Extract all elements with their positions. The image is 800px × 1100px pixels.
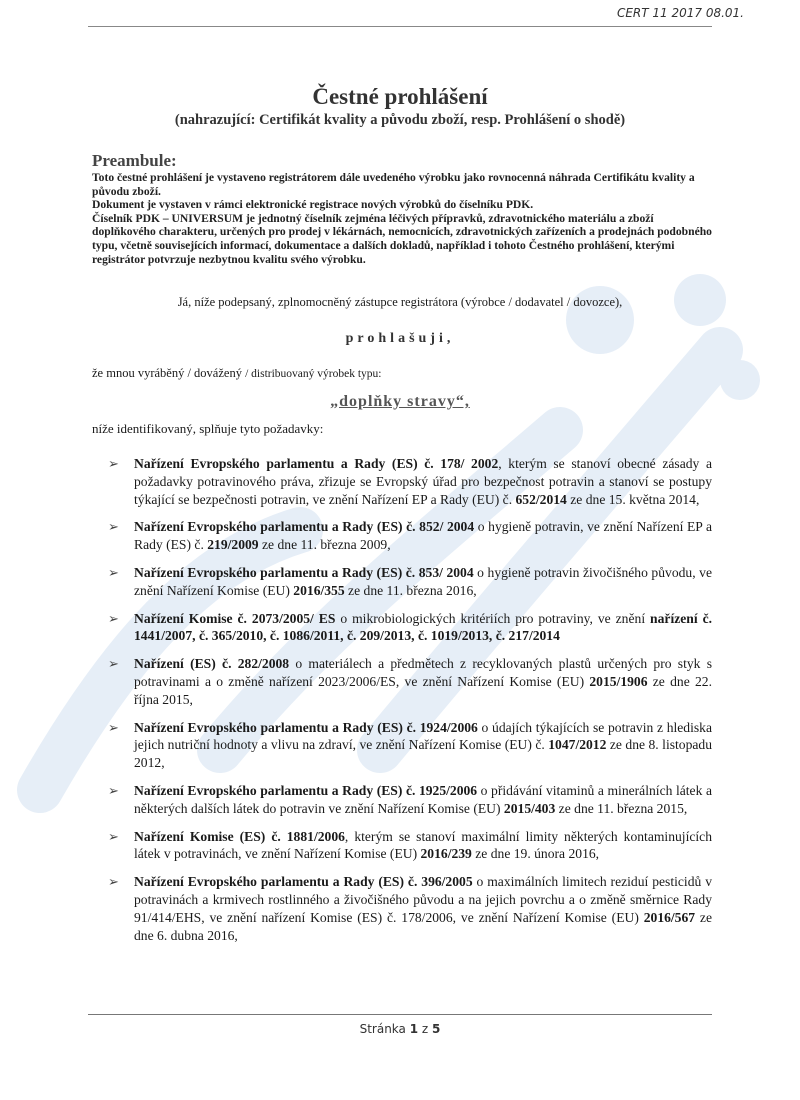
regulation-reference: 2016/355 <box>293 583 344 598</box>
regulation-reference: 652/2014 <box>516 492 567 507</box>
header-divider <box>88 26 712 27</box>
requirement-text: ze dne 19. února 2016, <box>472 846 599 861</box>
arrow-bullet-icon: ➢ <box>108 610 119 628</box>
requirement-item: ➢Nařízení Komise (ES) č. 1881/2006, kter… <box>108 828 712 864</box>
regulation-reference: Nařízení Komise č. 2073/2005/ ES <box>134 611 335 626</box>
arrow-bullet-icon: ➢ <box>108 518 119 536</box>
arrow-bullet-icon: ➢ <box>108 719 119 737</box>
regulation-reference: 2015/1906 <box>589 674 647 689</box>
document-code: CERT 11 2017 08.01. <box>617 6 744 20</box>
regulation-reference: Nařízení Evropského parlamentu a Rady (E… <box>134 720 478 735</box>
regulation-reference: Nařízení Evropského parlamentu a Rady (E… <box>134 456 498 471</box>
product-type: „doplňky stravy“, <box>0 393 800 411</box>
page-label: Stránka <box>360 1022 406 1036</box>
requirements-list: ➢Nařízení Evropského parlamentu a Rady (… <box>108 455 712 954</box>
regulation-reference: Nařízení Evropského parlamentu a Rady (E… <box>134 565 474 580</box>
regulation-reference: Nařízení Komise (ES) č. 1881/2006 <box>134 829 345 844</box>
product-intro-main: že mnou vyráběný / dovážený <box>92 366 245 380</box>
regulation-reference: Nařízení Evropského parlamentu a Rady (E… <box>134 783 477 798</box>
arrow-bullet-icon: ➢ <box>108 873 119 891</box>
requirement-item: ➢Nařízení Evropského parlamentu a Rady (… <box>108 564 712 600</box>
requirement-item: ➢Nařízení Evropského parlamentu a Rady (… <box>108 719 712 772</box>
declarant-statement: Já, níže podepsaný, zplnomocněný zástupc… <box>0 295 800 310</box>
requirement-text: o mikrobiologických kritériích pro potra… <box>335 611 650 626</box>
requirement-item: ➢Nařízení (ES) č. 282/2008 o materiálech… <box>108 655 712 708</box>
page-number: Stránka 1 z 5 <box>0 1022 800 1036</box>
regulation-reference: 2016/239 <box>421 846 472 861</box>
requirement-item: ➢Nařízení Evropského parlamentu a Rady (… <box>108 455 712 508</box>
product-intro: že mnou vyráběný / dovážený / distribuov… <box>92 366 381 381</box>
requirements-intro: níže identifikovaný, splňuje tyto požada… <box>92 421 323 437</box>
requirement-item: ➢Nařízení Evropského parlamentu a Rady (… <box>108 873 712 944</box>
product-intro-small: / distribuovaný výrobek typu: <box>245 368 381 380</box>
regulation-reference: 2016/567 <box>644 910 695 925</box>
requirement-text: ze dne 11. března 2015, <box>555 801 687 816</box>
preamble-text: Toto čestné prohlášení je vystaveno regi… <box>92 171 712 266</box>
arrow-bullet-icon: ➢ <box>108 655 119 673</box>
page-current: 1 <box>410 1022 418 1036</box>
requirement-text: ze dne 11. března 2016, <box>345 583 477 598</box>
page-total: 5 <box>432 1022 440 1036</box>
document-subtitle: (nahrazující: Certifikát kvality a původ… <box>0 112 800 129</box>
regulation-reference: 1047/2012 <box>548 737 606 752</box>
arrow-bullet-icon: ➢ <box>108 564 119 582</box>
preamble-paragraph: Číselník PDK – UNIVERSUM je jednotný čís… <box>92 212 712 266</box>
arrow-bullet-icon: ➢ <box>108 455 119 473</box>
requirement-item: ➢Nařízení Komise č. 2073/2005/ ES o mikr… <box>108 610 712 646</box>
regulation-reference: 219/2009 <box>207 537 258 552</box>
page-sep: z <box>422 1022 428 1036</box>
regulation-reference: 2015/403 <box>504 801 555 816</box>
arrow-bullet-icon: ➢ <box>108 828 119 846</box>
arrow-bullet-icon: ➢ <box>108 782 119 800</box>
regulation-reference: Nařízení Evropského parlamentu a Rady (E… <box>134 519 474 534</box>
footer-divider <box>88 1014 712 1015</box>
document-title: Čestné prohlášení <box>0 84 800 110</box>
requirement-text: ze dne 15. května 2014, <box>567 492 700 507</box>
preamble-paragraph: Toto čestné prohlášení je vystaveno regi… <box>92 171 712 198</box>
regulation-reference: Nařízení Evropského parlamentu a Rady (E… <box>134 874 473 889</box>
requirement-item: ➢Nařízení Evropského parlamentu a Rady (… <box>108 782 712 818</box>
declare-heading: prohlašuji, <box>0 331 800 347</box>
preamble-paragraph: Dokument je vystaven v rámci elektronick… <box>92 198 712 212</box>
preamble-heading: Preambule: <box>92 151 177 171</box>
requirement-item: ➢Nařízení Evropského parlamentu a Rady (… <box>108 518 712 554</box>
regulation-reference: Nařízení (ES) č. 282/2008 <box>134 656 289 671</box>
requirement-text: ze dne 11. března 2009, <box>259 537 391 552</box>
